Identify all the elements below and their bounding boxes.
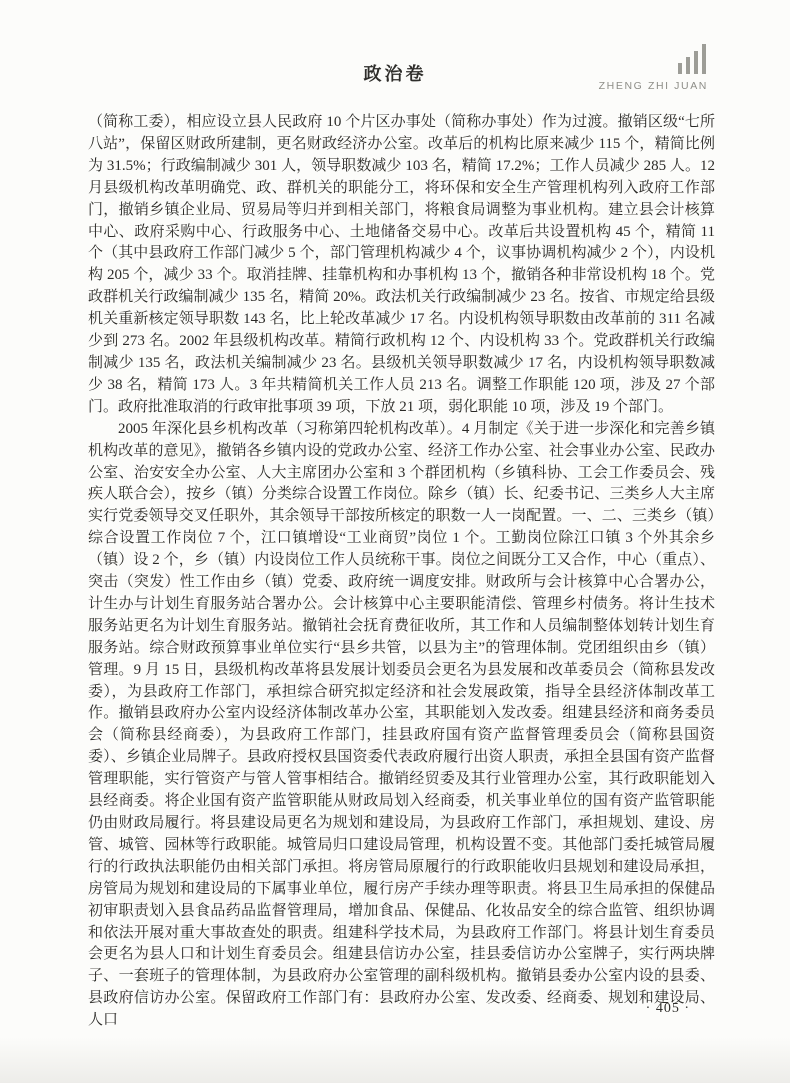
page-number: · 405 · <box>646 1001 690 1017</box>
paragraph-2005-reform: 2005 年深化县乡机构改革（习称第四轮机构改革）。4 月制定《关于进一步深化和… <box>88 419 715 1032</box>
scanned-book-page: 政治卷 ZHENG ZHI JUAN （简称工委），相应设立县人民政府 10 个… <box>0 0 790 1083</box>
volume-logo: ZHENG ZHI JUAN <box>588 42 708 92</box>
ascending-bars-icon <box>588 42 706 74</box>
paragraph-continued-from-previous-page: （简称工委），相应设立县人民政府 10 个片区办事处（简称办事处）作为过渡。撤销… <box>88 112 715 419</box>
logo-caption: ZHENG ZHI JUAN <box>588 80 708 92</box>
page-body: （简称工委），相应设立县人民政府 10 个片区办事处（简称办事处）作为过渡。撤销… <box>88 112 715 1032</box>
